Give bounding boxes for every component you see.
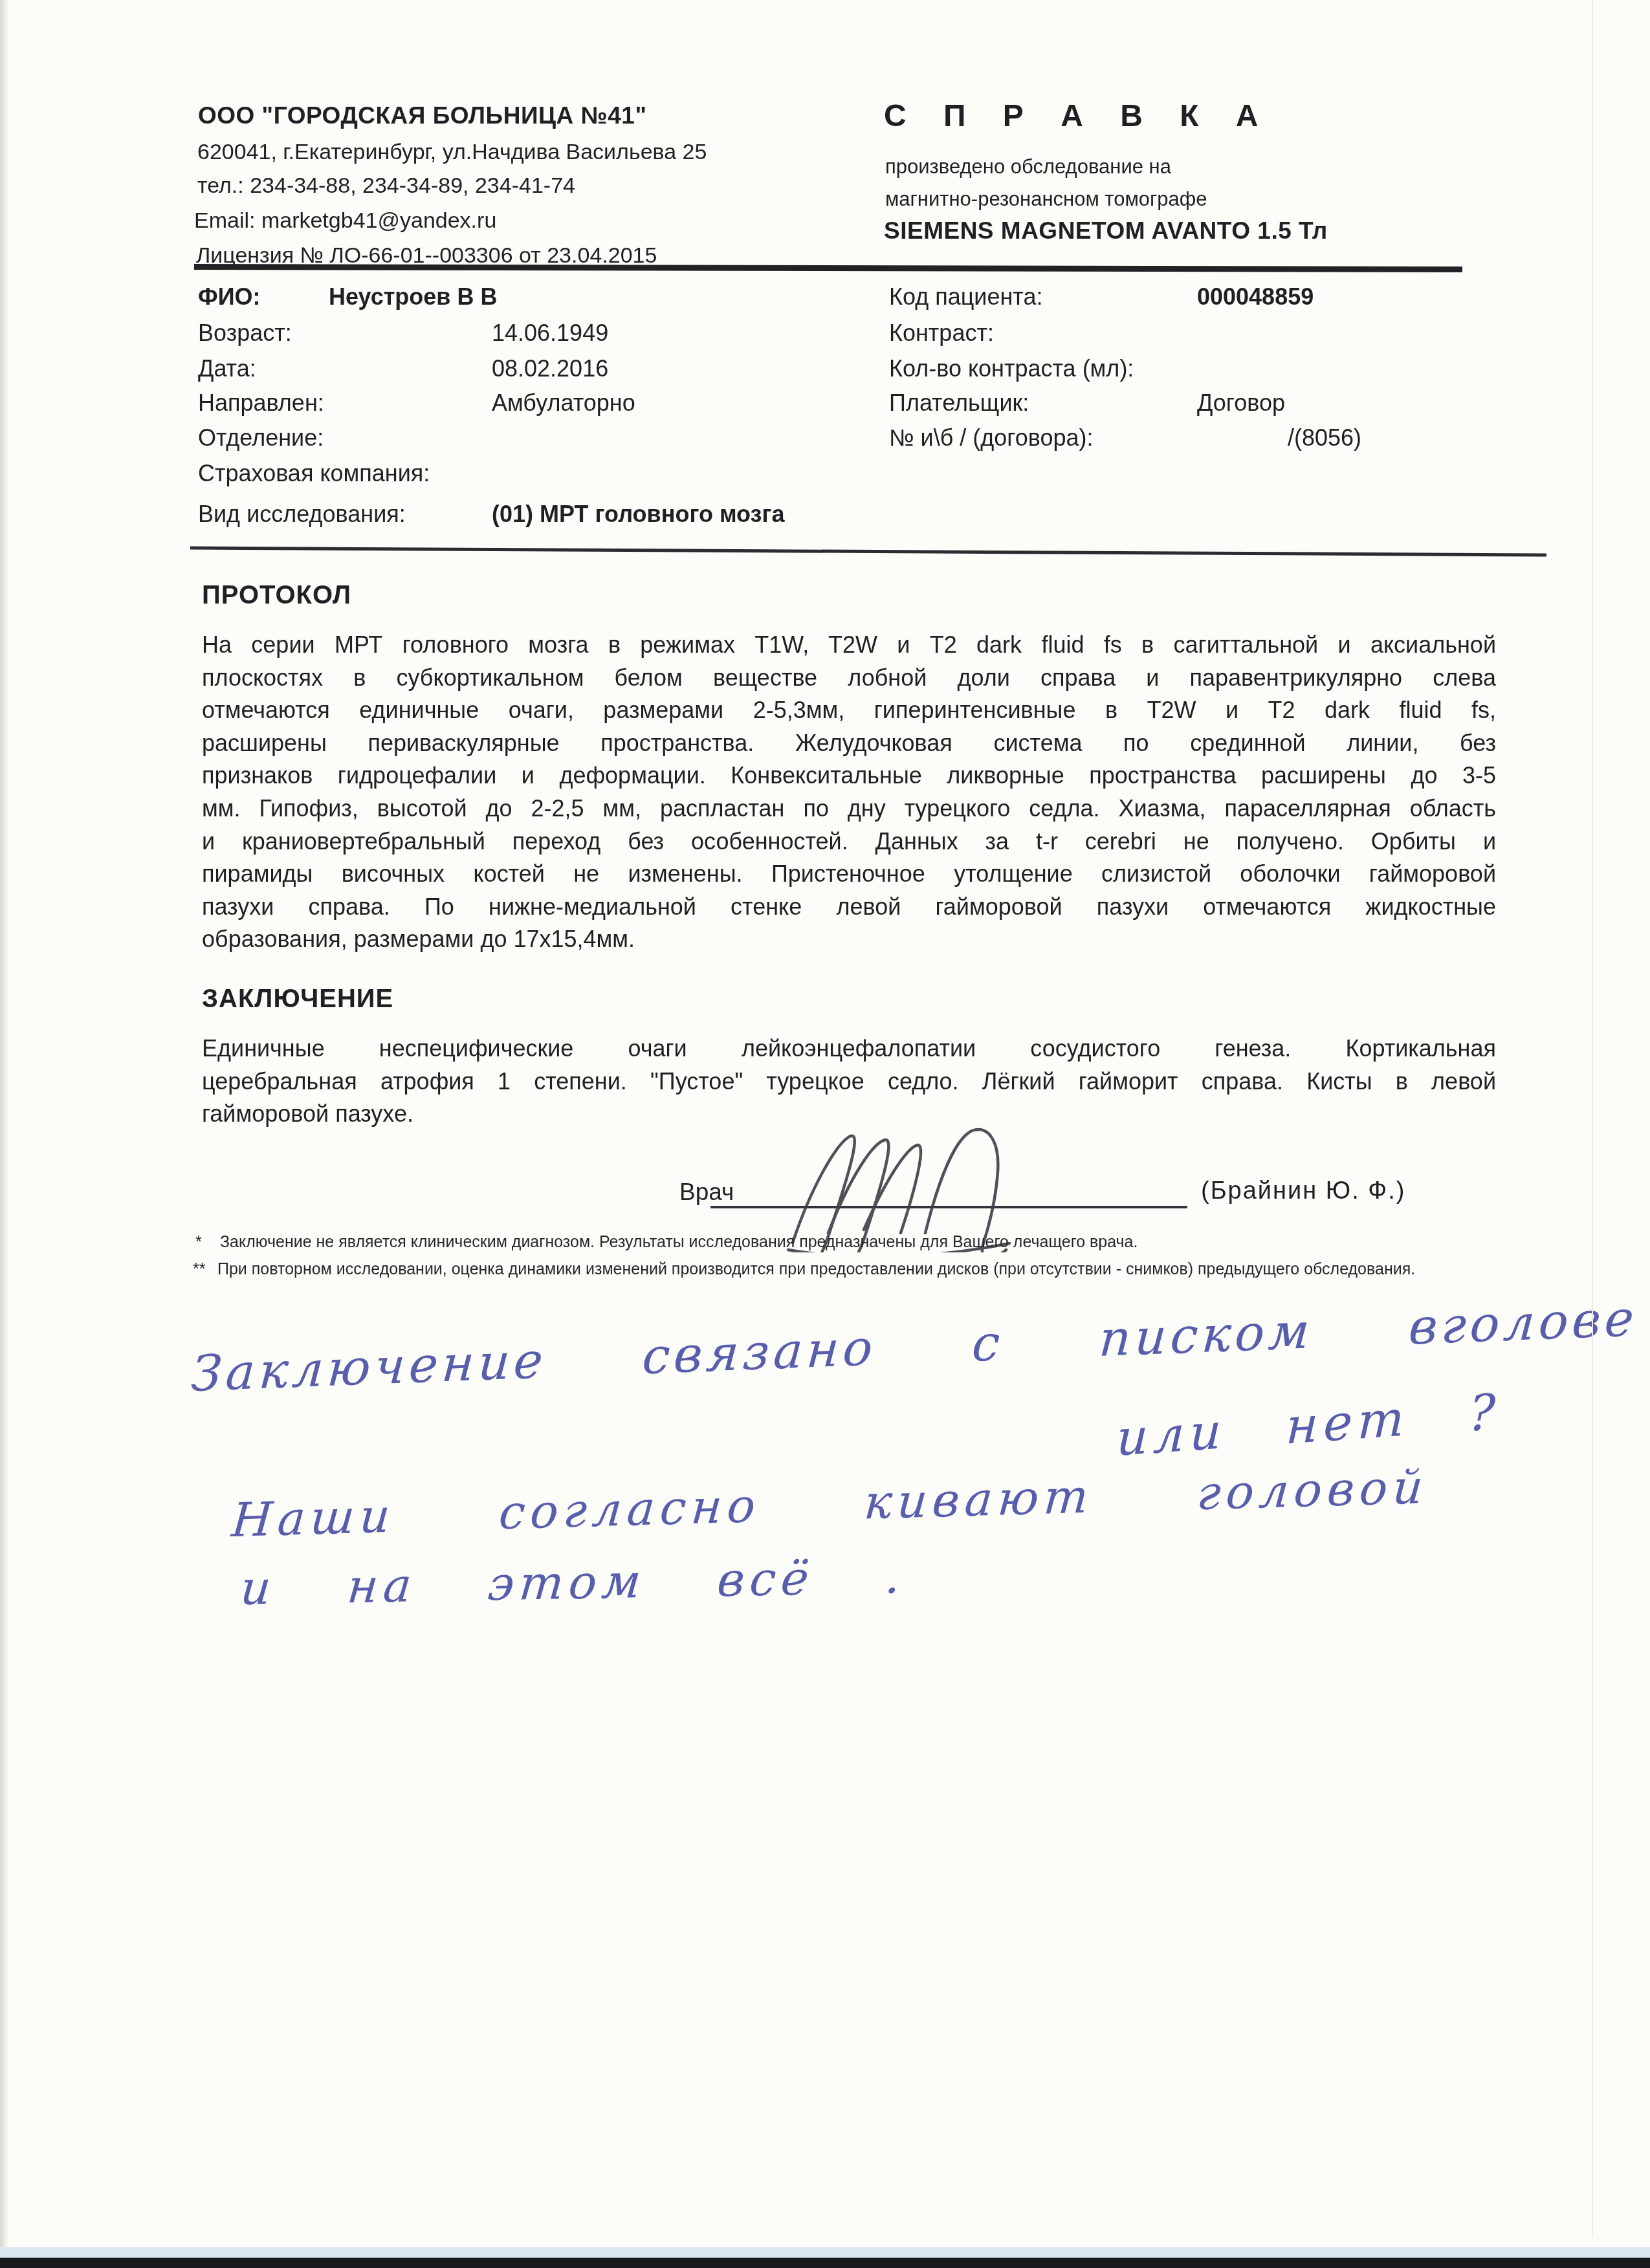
handwritten-note-line3: Наши согласно кивают головой: [230, 1459, 1430, 1547]
patient-age-value: 14.06.1949: [492, 320, 608, 347]
protocol-line: На серии МРТ головного мозга в режимах T…: [202, 629, 1496, 662]
protocol-line: образования, размерами до 17х15,4мм.: [202, 923, 1496, 956]
exam-note-line1: произведено обследование на: [885, 155, 1171, 179]
footnote: * Заключение не является клиническим диа…: [195, 1233, 1138, 1252]
patient-section-divider: [190, 547, 1546, 557]
protocol-line: пирамиды височных костей не изменены. Пр…: [202, 858, 1496, 891]
conclusion-line: церебральная атрофия 1 степени. "Пустое"…: [202, 1065, 1496, 1098]
conclusion-text: Единичные неспецифические очаги лейкоэнц…: [202, 1032, 1496, 1131]
contract-number-label: № и\б / (договора):: [889, 424, 1094, 452]
contrast-amount-label: Кол-во контраста (мл):: [889, 355, 1134, 382]
payer-label: Плательщик:: [889, 389, 1029, 417]
footnote: ** При повторном исследовании, оценка ди…: [193, 1260, 1415, 1279]
protocol-text: На серии МРТ головного мозга в режимах T…: [202, 629, 1496, 956]
exam-note-line2: магнитно-резонансном томографе: [885, 188, 1207, 211]
protocol-line: отмечаются единичные очаги, размерами 2-…: [202, 694, 1496, 727]
scan-edge-strip-blue: [0, 2247, 1650, 2258]
doctor-name: (Брайнин Ю. Ф.): [1201, 1177, 1405, 1205]
handwritten-note-line4: и на этом всё .: [238, 1549, 908, 1615]
scanner-model: SIEMENS MAGNETOM AVANTO 1.5 Тл: [884, 217, 1328, 245]
footnote-marker: *: [195, 1233, 202, 1252]
certificate-title: С П Р А В К А: [884, 98, 1272, 134]
clinic-email: Email: marketgb41@yandex.ru: [194, 208, 496, 234]
scanned-medical-report: ООО "ГОРОДСКАЯ БОЛЬНИЦА №41" 620041, г.Е…: [0, 0, 1650, 2268]
protocol-line: пазухи справа. По нижне-медиальной стенк…: [202, 891, 1496, 924]
patient-referred-value: Амбулаторно: [492, 389, 635, 417]
conclusion-line: Единичные неспецифические очаги лейкоэнц…: [202, 1032, 1496, 1065]
payer-value: Договор: [1197, 389, 1285, 417]
handwritten-note-line1: Заключение связано с писком вголове: [190, 1289, 1640, 1402]
patient-date-value: 08.02.2016: [492, 355, 608, 382]
patient-code-label: Код пациента:: [889, 283, 1042, 311]
clinic-name: ООО "ГОРОДСКАЯ БОЛЬНИЦА №41": [198, 102, 646, 129]
footnote-text: При повторном исследовании, оценка динам…: [193, 1260, 1415, 1278]
conclusion-heading: ЗАКЛЮЧЕНИЕ: [202, 985, 393, 1014]
patient-code-value: 000048859: [1197, 283, 1314, 311]
protocol-line: и краниовертебральный переход без особен…: [202, 825, 1496, 858]
header-divider: [194, 264, 1462, 272]
protocol-line: мм. Гипофиз, высотой до 2-2,5 мм, распла…: [202, 792, 1496, 825]
footnote-text: Заключение не является клиническим диагн…: [195, 1233, 1138, 1251]
study-type-value: (01) МРТ головного мозга: [492, 501, 785, 528]
patient-age-label: Возраст:: [198, 320, 292, 347]
patient-insurance-label: Страховая компания:: [198, 460, 430, 487]
patient-fio-label: ФИО:: [198, 283, 261, 311]
scan-edge-strip-black: [0, 2258, 1650, 2268]
protocol-line: расширены периваскулярные пространства. …: [202, 727, 1496, 760]
footnote-marker: **: [193, 1260, 205, 1279]
patient-date-label: Дата:: [198, 355, 256, 382]
patient-referred-label: Направлен:: [198, 389, 324, 417]
contrast-label: Контраст:: [889, 320, 994, 347]
handwritten-note-line2: или нет ?: [1116, 1382, 1501, 1467]
patient-fio-value: Неустроев В В: [329, 283, 497, 311]
protocol-line: плоскостях в субкортикальном белом вещес…: [202, 662, 1496, 695]
clinic-address: 620041, г.Екатеринбург, ул.Начдива Васил…: [197, 140, 707, 165]
protocol-heading: ПРОТОКОЛ: [202, 581, 351, 610]
protocol-line: признаков гидроцефалии и деформации. Кон…: [202, 759, 1496, 792]
clinic-phones: тел.: 234-34-88, 234-34-89, 234-41-74: [197, 173, 575, 199]
study-type-label: Вид исследования:: [198, 501, 406, 528]
scan-crease-line: [1592, 0, 1593, 2238]
patient-department-label: Отделение:: [198, 424, 324, 452]
contract-number-value: /(8056): [1288, 424, 1361, 452]
